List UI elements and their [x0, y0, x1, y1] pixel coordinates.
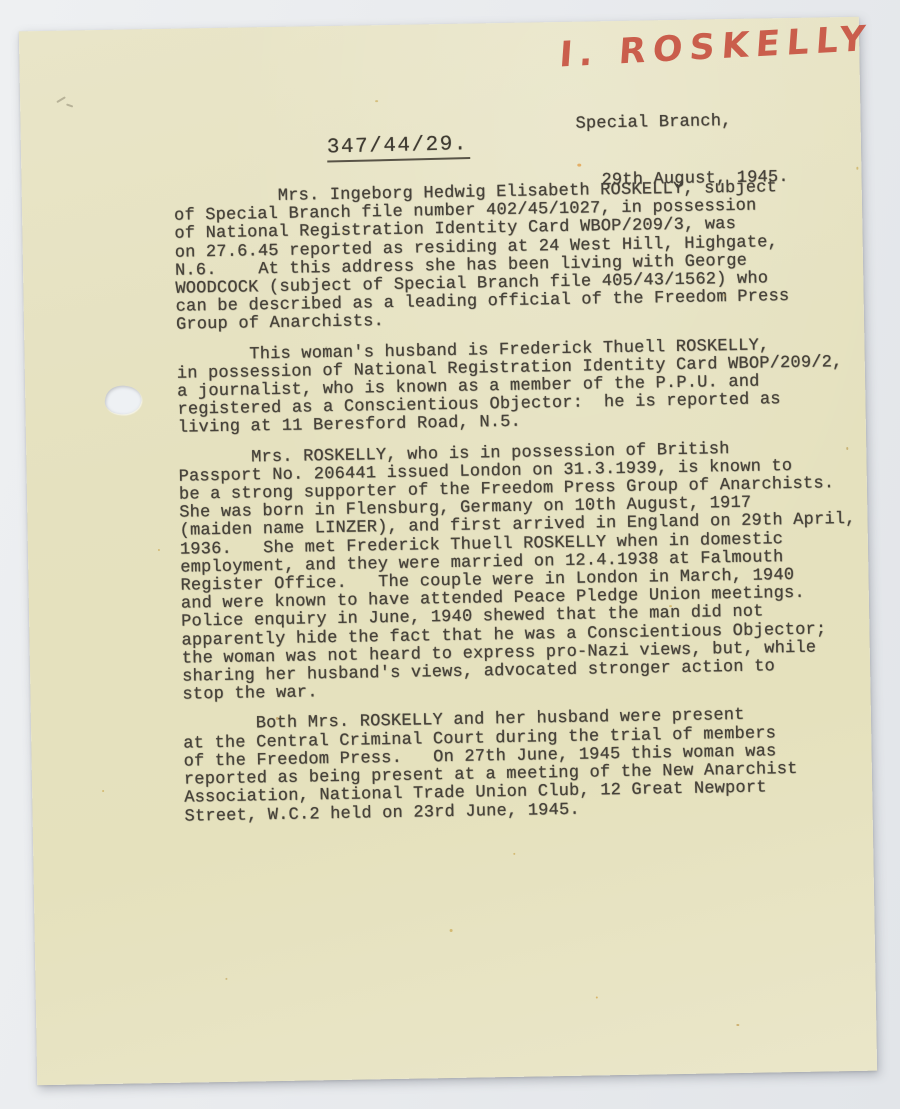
document-body: Mrs. Ingeborg Hedwig Elisabeth ROSKELLY,…	[174, 178, 885, 839]
paper-speck	[276, 717, 279, 720]
paper-speck	[577, 164, 581, 167]
paper-speck	[846, 447, 848, 450]
paper-speck	[225, 978, 227, 980]
document-page: I. ROSKELLY Special Branch, 29th August,…	[19, 17, 877, 1085]
reference-number: 347/44/29.	[327, 133, 471, 162]
paper-speck	[724, 294, 726, 297]
paper-speck	[342, 231, 344, 233]
paragraph-1: Mrs. Ingeborg Hedwig Elisabeth ROSKELLY,…	[174, 178, 876, 336]
paper-speck	[669, 605, 672, 607]
paper-speck	[596, 996, 598, 998]
paper-scratch	[56, 96, 66, 103]
paragraph-3: Mrs. ROSKELLY, who is in possession of B…	[178, 438, 882, 705]
paragraph-4: Both Mrs. ROSKELLY and her husband were …	[183, 705, 885, 826]
paper-speck	[102, 790, 104, 792]
paper-speck	[513, 853, 515, 855]
header-office: Special Branch,	[575, 111, 788, 134]
paper-speck	[450, 929, 453, 932]
paragraph-2: This woman's husband is Frederick Thuell…	[176, 335, 877, 438]
paper-scratch	[66, 103, 73, 107]
paper-speck	[375, 100, 378, 102]
paper-speck	[856, 167, 858, 170]
punch-hole	[103, 382, 144, 417]
paper-speck	[158, 549, 160, 551]
handwritten-annotation: I. ROSKELLY	[558, 19, 873, 76]
paper-speck	[736, 1024, 739, 1026]
